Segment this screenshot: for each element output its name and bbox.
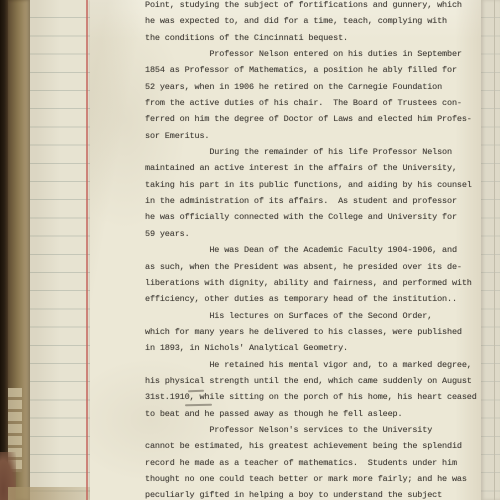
typed-line: 1854 as Professor of Mathematics, a posi… <box>145 62 481 78</box>
typed-line: peculiarly gifted in helping a boy to un… <box>145 487 481 500</box>
typed-line: He was Dean of the Academic Faculty 1904… <box>145 242 481 258</box>
margin-rule-line <box>86 0 88 500</box>
typed-line: 52 years, when in 1906 he retired on the… <box>145 79 481 95</box>
typed-line: sor Emeritus. <box>145 128 481 144</box>
typed-line: During the remainder of his life Profess… <box>145 144 481 160</box>
typed-text-block: Point, studying the subject of fortifica… <box>145 0 481 500</box>
typed-line: from the active duties of his chair. The… <box>145 95 481 111</box>
ledger-right-strip <box>481 0 500 500</box>
typed-line: in the administration of its affairs. As… <box>145 193 481 209</box>
typed-line: maintained an active interest in the aff… <box>145 160 481 176</box>
typed-line: record he made as a teacher of mathemati… <box>145 455 481 471</box>
typed-line: Point, studying the subject of fortifica… <box>145 0 481 13</box>
typed-line: Professor Nelson entered on his duties i… <box>145 46 481 62</box>
ledger-scan-page: Point, studying the subject of fortifica… <box>0 0 500 500</box>
typed-line: Professor Nelson's services to the Unive… <box>145 422 481 438</box>
typed-line: thought no one could teach better or mar… <box>145 471 481 487</box>
typed-line: he was officially connected with the Col… <box>145 209 481 225</box>
typed-line: ferred on him the degree of Doctor of La… <box>145 111 481 127</box>
typed-line: in 1893, in Nichols' Analytical Geometry… <box>145 340 481 356</box>
typed-line: cannot be estimated, his greatest achiev… <box>145 438 481 454</box>
book-binding-edge <box>0 0 8 500</box>
typed-line: efficiency, other duties as temporary he… <box>145 291 481 307</box>
typed-line: liberations with dignity, ability and fa… <box>145 275 481 291</box>
typed-line: He retained his mental vigor and, to a m… <box>145 357 481 373</box>
typed-line: he was expected to, and did for a time, … <box>145 13 481 29</box>
typed-sheet: Point, studying the subject of fortifica… <box>90 0 482 500</box>
typed-line: taking his part in its public functions,… <box>145 177 481 193</box>
typed-line: to beat and he passed away as though he … <box>145 406 481 422</box>
typed-line: as such, when the President was absent, … <box>145 259 481 275</box>
typed-line: the conditions of the Cincinnati bequest… <box>145 30 481 46</box>
typed-line: his physical strength until the end, whi… <box>145 373 481 389</box>
typed-line: His lectures on Surfaces of the Second O… <box>145 308 481 324</box>
page-edge-line <box>494 0 495 500</box>
typed-line: which for many years he delivered to his… <box>145 324 481 340</box>
typed-line: 59 years. <box>145 226 481 242</box>
